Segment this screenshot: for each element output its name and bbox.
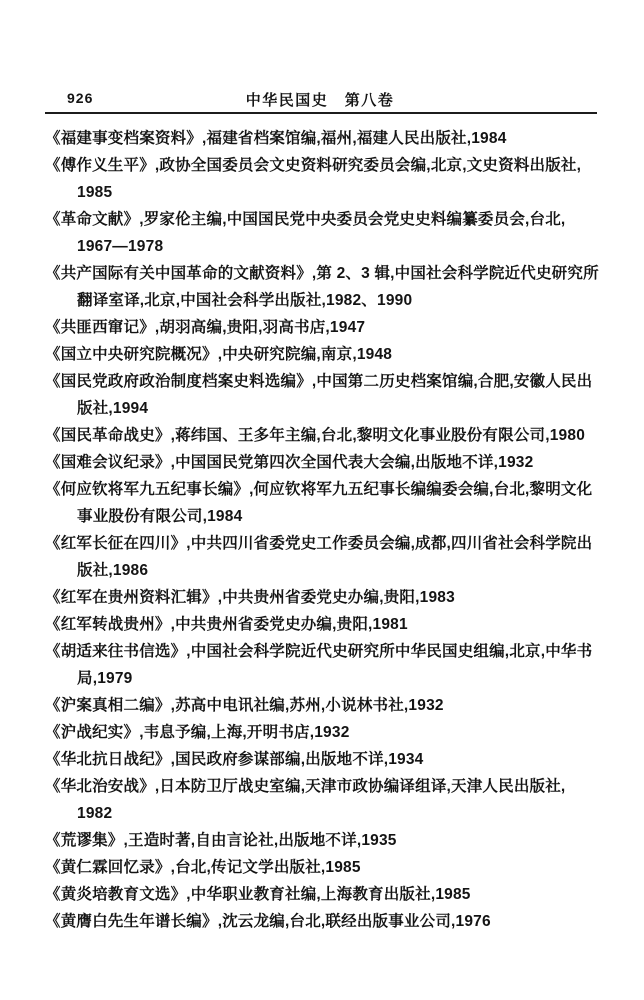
page-number: 926 [67, 90, 93, 106]
entry-first-line: 《何应钦将军九五纪事长编》,何应钦将军九五纪事长编编委会编,台北,黎明文化 [45, 476, 599, 503]
entry-first-line: 《红军长征在四川》,中共四川省委党史工作委员会编,成都,四川省社会科学院出 [45, 530, 599, 557]
entry-first-line: 《华北治安战》,日本防卫厅战史室编,天津市政协编译组译,天津人民出版社, [45, 773, 599, 800]
bibliography-list: 《福建事变档案资料》,福建省档案馆编,福州,福建人民出版社,1984《傅作义生平… [45, 125, 599, 935]
bibliography-entry: 《黄膺白先生年谱长编》,沈云龙编,台北,联经出版事业公司,1976 [45, 908, 599, 935]
entry-first-line: 《福建事变档案资料》,福建省档案馆编,福州,福建人民出版社,1984 [45, 125, 599, 152]
bibliography-entry: 《国难会议纪录》,中国国民党第四次全国代表大会编,出版地不详,1932 [45, 449, 599, 476]
entry-continuation-line: 事业股份有限公司,1984 [45, 503, 599, 530]
entry-first-line: 《红军转战贵州》,中共贵州省委党史办编,贵阳,1981 [45, 611, 599, 638]
bibliography-entry: 《红军长征在四川》,中共四川省委党史工作委员会编,成都,四川省社会科学院出版社,… [45, 530, 599, 584]
entry-first-line: 《傅作义生平》,政协全国委员会文史资料研究委员会编,北京,文史资料出版社, [45, 152, 599, 179]
bibliography-entry: 《国民革命战史》,蒋纬国、王多年主编,台北,黎明文化事业股份有限公司,1980 [45, 422, 599, 449]
running-head-title: 中华民国史 第八卷 [45, 89, 595, 110]
entry-first-line: 《国立中央研究院概况》,中央研究院编,南京,1948 [45, 341, 599, 368]
entry-first-line: 《国难会议纪录》,中国国民党第四次全国代表大会编,出版地不详,1932 [45, 449, 599, 476]
bibliography-entry: 《红军在贵州资料汇辑》,中共贵州省委党史办编,贵阳,1983 [45, 584, 599, 611]
bibliography-entry: 《革命文献》,罗家伦主编,中国国民党中央委员会党史史料编纂委员会,台北,1967… [45, 206, 599, 260]
entry-first-line: 《黄膺白先生年谱长编》,沈云龙编,台北,联经出版事业公司,1976 [45, 908, 599, 935]
bibliography-entry: 《红军转战贵州》,中共贵州省委党史办编,贵阳,1981 [45, 611, 599, 638]
bibliography-entry: 《黄仁霖回忆录》,台北,传记文学出版社,1985 [45, 854, 599, 881]
bibliography-entry: 《福建事变档案资料》,福建省档案馆编,福州,福建人民出版社,1984 [45, 125, 599, 152]
entry-first-line: 《革命文献》,罗家伦主编,中国国民党中央委员会党史史料编纂委员会,台北, [45, 206, 599, 233]
entry-first-line: 《红军在贵州资料汇辑》,中共贵州省委党史办编,贵阳,1983 [45, 584, 599, 611]
header-rule [45, 112, 597, 114]
entry-continuation-line: 1985 [45, 179, 599, 206]
entry-first-line: 《共匪西窜记》,胡羽高编,贵阳,羽高书店,1947 [45, 314, 599, 341]
page-header: 926 中华民国史 第八卷 [45, 89, 595, 109]
bibliography-entry: 《何应钦将军九五纪事长编》,何应钦将军九五纪事长编编委会编,台北,黎明文化事业股… [45, 476, 599, 530]
entry-first-line: 《华北抗日战纪》,国民政府参谋部编,出版地不详,1934 [45, 746, 599, 773]
bibliography-entry: 《共匪西窜记》,胡羽高编,贵阳,羽高书店,1947 [45, 314, 599, 341]
bibliography-entry: 《荒谬集》,王造时著,自由言论社,出版地不详,1935 [45, 827, 599, 854]
bibliography-entry: 《沪案真相二编》,苏高中电讯社编,苏州,小说林书社,1932 [45, 692, 599, 719]
entry-continuation-line: 1982 [45, 800, 599, 827]
entry-continuation-line: 局,1979 [45, 665, 599, 692]
entry-first-line: 《国民党政府政治制度档案史料选编》,中国第二历史档案馆编,合肥,安徽人民出 [45, 368, 599, 395]
bibliography-entry: 《沪战纪实》,韦息予编,上海,开明书店,1932 [45, 719, 599, 746]
entry-continuation-line: 版社,1986 [45, 557, 599, 584]
entry-continuation-line: 翻译室译,北京,中国社会科学出版社,1982、1990 [45, 287, 599, 314]
entry-first-line: 《共产国际有关中国革命的文献资料》,第 2、3 辑,中国社会科学院近代史研究所 [45, 260, 599, 287]
bibliography-entry: 《国立中央研究院概况》,中央研究院编,南京,1948 [45, 341, 599, 368]
entry-continuation-line: 1967—1978 [45, 233, 599, 260]
bibliography-entry: 《黄炎培教育文选》,中华职业教育社编,上海教育出版社,1985 [45, 881, 599, 908]
bibliography-entry: 《国民党政府政治制度档案史料选编》,中国第二历史档案馆编,合肥,安徽人民出版社,… [45, 368, 599, 422]
entry-first-line: 《胡适来往书信选》,中国社会科学院近代史研究所中华民国史组编,北京,中华书 [45, 638, 599, 665]
bibliography-entry: 《傅作义生平》,政协全国委员会文史资料研究委员会编,北京,文史资料出版社,198… [45, 152, 599, 206]
entry-continuation-line: 版社,1994 [45, 395, 599, 422]
entry-first-line: 《荒谬集》,王造时著,自由言论社,出版地不详,1935 [45, 827, 599, 854]
book-page: 926 中华民国史 第八卷 《福建事变档案资料》,福建省档案馆编,福州,福建人民… [0, 0, 644, 1000]
bibliography-entry: 《胡适来往书信选》,中国社会科学院近代史研究所中华民国史组编,北京,中华书局,1… [45, 638, 599, 692]
bibliography-entry: 《华北抗日战纪》,国民政府参谋部编,出版地不详,1934 [45, 746, 599, 773]
entry-first-line: 《沪案真相二编》,苏高中电讯社编,苏州,小说林书社,1932 [45, 692, 599, 719]
bibliography-entry: 《华北治安战》,日本防卫厅战史室编,天津市政协编译组译,天津人民出版社,1982 [45, 773, 599, 827]
entry-first-line: 《沪战纪实》,韦息予编,上海,开明书店,1932 [45, 719, 599, 746]
entry-first-line: 《黄仁霖回忆录》,台北,传记文学出版社,1985 [45, 854, 599, 881]
bibliography-entry: 《共产国际有关中国革命的文献资料》,第 2、3 辑,中国社会科学院近代史研究所翻… [45, 260, 599, 314]
entry-first-line: 《国民革命战史》,蒋纬国、王多年主编,台北,黎明文化事业股份有限公司,1980 [45, 422, 599, 449]
entry-first-line: 《黄炎培教育文选》,中华职业教育社编,上海教育出版社,1985 [45, 881, 599, 908]
